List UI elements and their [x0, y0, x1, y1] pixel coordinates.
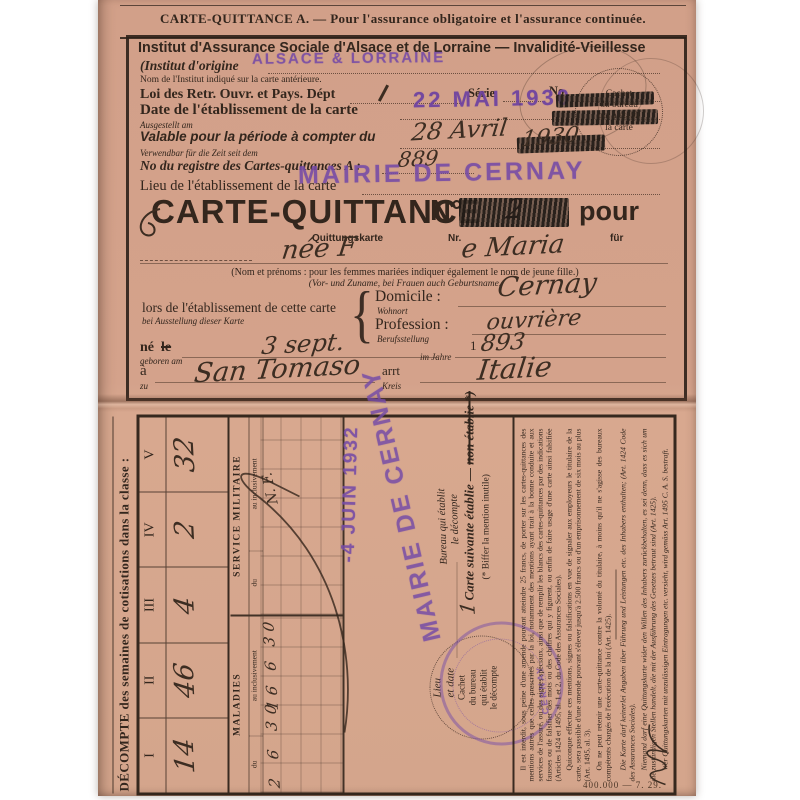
document-header: CARTE-QUITTANCE A. — Pour l'assurance ob… — [120, 5, 686, 39]
lors-label-de: bei Ausstellung dieser Karte — [142, 316, 244, 326]
handwritten-name-1: née F — [280, 232, 358, 266]
class-header: II — [140, 643, 167, 717]
mairie-cernay-stamp: MAIRIE DE CERNAY — [298, 156, 586, 190]
class-header: V — [140, 417, 167, 491]
class-column: V 32 — [140, 417, 228, 492]
fur-label-de: für — [610, 233, 623, 244]
class-value: 2 — [168, 490, 203, 569]
date-label: Date de l'établissement de la carte — [140, 102, 358, 119]
nr-label-de: Nr. — [448, 233, 461, 244]
class-value: 46 — [168, 641, 203, 720]
sick-service-section: MALADIES du au inclusivement 2 6 30 16 6… — [230, 418, 344, 793]
name-leader-dots — [140, 259, 252, 261]
legal-paragraph-fr: Il est interdit, sous peine d'une amende… — [519, 429, 563, 782]
maladies-header: MALADIES — [230, 616, 249, 792]
bureau-label-2: le décompte — [449, 494, 462, 545]
scanned-document: CARTE-QUITTANCE A. — Pour l'assurance ob… — [0, 0, 800, 800]
class-table: I 14 II 46 III 4 IV 2 V 32 — [140, 418, 230, 793]
a-label: à — [140, 363, 147, 380]
legal-paragraph-fr: Quiconque effectue ces mentions, signes … — [566, 429, 592, 782]
carte-suivante-label: Carte suivante établie — — [462, 468, 477, 601]
handwritten-name-2: e Maria — [460, 229, 567, 264]
legal-paragraph-de: Die Karte darf keinerlei Angaben über Fü… — [620, 429, 638, 782]
class-header: I — [140, 718, 167, 792]
decompte-title: DÉCOMPTE des semaines de cotisations dan… — [113, 417, 135, 794]
service-grid — [260, 418, 342, 615]
service-header: SERVICE MILITAIRE — [230, 418, 249, 615]
im-jahre-label: im Jahre — [420, 352, 451, 362]
name-line — [140, 262, 668, 264]
le-struck: le — [161, 340, 171, 356]
pour-label: pour — [579, 196, 639, 227]
legal-paragraph-fr: On ne peut retenir une carte-quittance c… — [595, 429, 613, 782]
alsace-lorraine-stamp: ALSACE & LORRAINE — [252, 49, 445, 68]
bureau-label-1: Bureau qui établit — [436, 488, 450, 564]
ne-label: né — [140, 340, 154, 356]
class-value: 32 — [168, 415, 203, 494]
class-value: 4 — [168, 566, 203, 645]
class-header: III — [140, 568, 167, 642]
profession-label-de: Berufsstellung — [377, 334, 429, 344]
print-footer: 400.000 — 7. 29. — [583, 780, 662, 790]
faded-postmark — [598, 58, 704, 164]
non-etablie-struck: non établie *) — [462, 391, 477, 465]
country-line — [420, 381, 666, 383]
origin-note: Nom de l'Institut indiqué sur la carte a… — [140, 75, 322, 85]
domicile-label: Domicile : — [375, 288, 441, 306]
lower-border-box: I 14 II 46 III 4 IV 2 V 32 — [137, 415, 677, 796]
card-no-label: N° — [430, 195, 463, 228]
handwritten-valable-date: 28 Avril — [410, 114, 509, 147]
rotated-lower-section: DÉCOMPTE des semaines de cotisations dan… — [111, 413, 681, 798]
juin-1932-stamp: -4 JUIN 1932 — [338, 425, 364, 563]
zu-label: zu — [140, 381, 148, 391]
valable-label: Valable pour la période à compter du — [140, 128, 376, 144]
maladies-block: MALADIES du au inclusivement 2 6 30 16 6… — [230, 614, 342, 792]
handwritten-domicile: Cernay — [496, 267, 599, 303]
profession-label: Profession : — [375, 316, 449, 334]
class-value: 14 — [168, 716, 203, 795]
lors-label: lors de l'établissement de cette carte — [142, 300, 336, 316]
class-header: IV — [140, 493, 167, 567]
carte-suivante-line: Carte suivante établie — non établie *) — [462, 391, 478, 600]
signature-squiggle — [638, 719, 672, 789]
class-column: II 46 — [140, 643, 228, 718]
domicile-label-de: Wohnort — [377, 306, 408, 316]
pen-flourish — [130, 205, 170, 255]
origin-label: (Institut d'origine — [140, 58, 239, 74]
valable-label-de: Verwendbar für die Zeit seit dem — [140, 148, 258, 158]
class-column: IV 2 — [140, 493, 228, 568]
legal-divider — [616, 570, 617, 640]
biffer-note: (* Biffer la mention inutile) — [482, 474, 492, 579]
class-column: I 14 — [140, 718, 228, 792]
year-prefix: 1 — [470, 338, 477, 354]
fold-crease — [98, 394, 696, 412]
service-militaire-block: SERVICE MILITAIRE du au inclusivement N.… — [230, 418, 342, 615]
loi-label: Loi des Retr. Ouvr. et Pays. Dépt — [140, 87, 335, 103]
class-column: III 4 — [140, 568, 228, 643]
handwritten-mark: 1 — [455, 600, 480, 616]
brace: { — [350, 277, 374, 351]
